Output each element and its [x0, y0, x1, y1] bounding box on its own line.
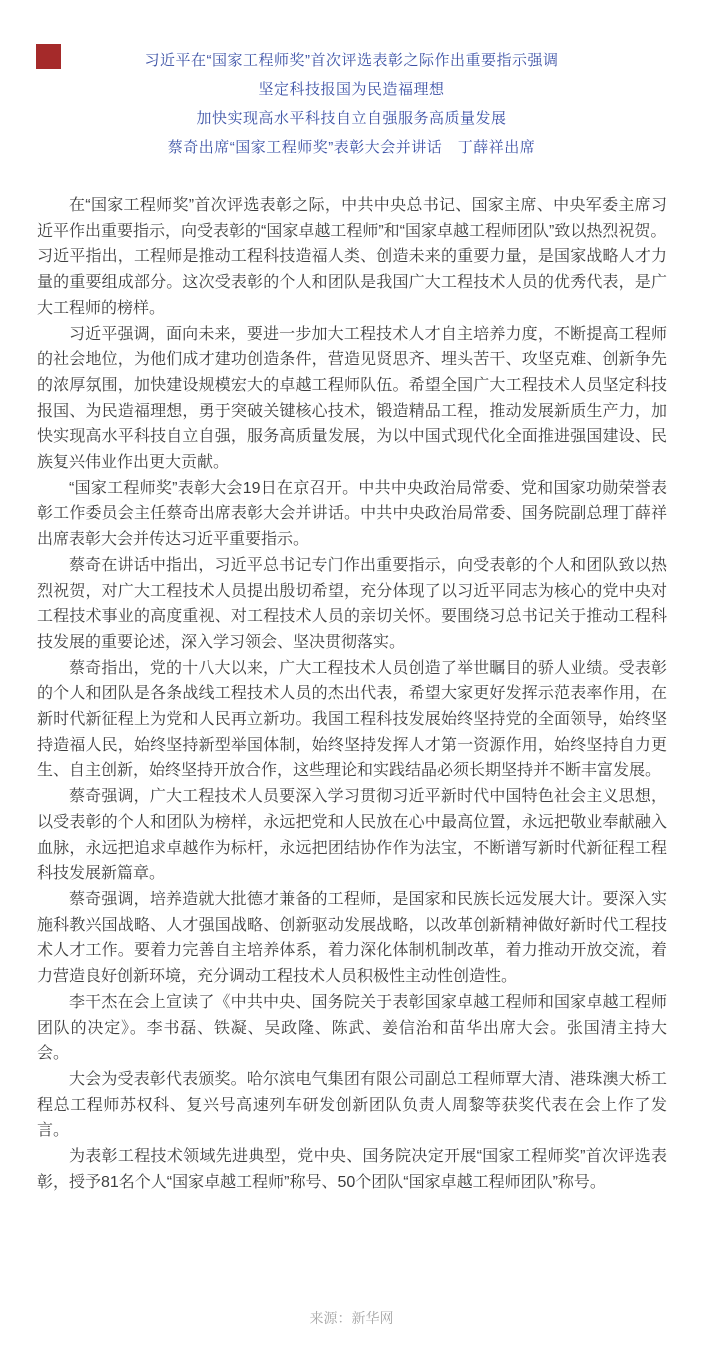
title-line-4: 蔡奇出席“国家工程师奖”表彰大会并讲话 丁薛祥出席 — [0, 133, 703, 162]
article-title: 习近平在“国家工程师奖”首次评选表彰之际作出重要指示强调 坚定科技报国为民造福理… — [0, 0, 703, 162]
paragraph-8: 蔡奇强调，培养造就大批德才兼备的工程师，是国家和民族长远发展大计。要深入实施科教… — [37, 887, 667, 990]
paragraph-1: 在“国家工程师奖”首次评选表彰之际，中共中央总书记、国家主席、中央军委主席习近平… — [37, 193, 667, 244]
article-page: 习近平在“国家工程师奖”首次评选表彰之际作出重要指示强调 坚定科技报国为民造福理… — [0, 0, 703, 1361]
article-body: 在“国家工程师奖”首次评选表彰之际，中共中央总书记、国家主席、中央军委主席习近平… — [0, 193, 703, 1195]
source-label: 来源：新华网 — [310, 1310, 394, 1326]
title-line-3: 加快实现高水平科技自立自强服务高质量发展 — [0, 104, 703, 133]
paragraph-7: 蔡奇强调，广大工程技术人员要深入学习贯彻习近平新时代中国特色社会主义思想，以受表… — [37, 784, 667, 887]
paragraph-3: 习近平强调，面向未来，要进一步加大工程技术人才自主培养力度，不断提高工程师的社会… — [37, 322, 667, 476]
article-source: 来源：新华网 — [0, 1308, 703, 1328]
paragraph-5: 蔡奇在讲话中指出，习近平总书记专门作出重要指示，向受表彰的个人和团队致以热烈祝贺… — [37, 553, 667, 656]
paragraph-9: 李干杰在会上宣读了《中共中央、国务院关于表彰国家卓越工程师和国家卓越工程师团队的… — [37, 990, 667, 1067]
red-square-marker — [36, 44, 61, 69]
paragraph-6: 蔡奇指出，党的十八大以来，广大工程技术人员创造了举世瞩目的骄人业绩。受表彰的个人… — [37, 656, 667, 785]
paragraph-2: 习近平指出，工程师是推动工程科技造福人类、创造未来的重要力量，是国家战略人才力量… — [37, 244, 667, 321]
paragraph-4: “国家工程师奖”表彰大会19日在京召开。中共中央政治局常委、党和国家功勋荣誉表彰… — [37, 476, 667, 553]
title-line-2: 坚定科技报国为民造福理想 — [0, 75, 703, 104]
paragraph-11: 为表彰工程技术领域先进典型，党中央、国务院决定开展“国家工程师奖”首次评选表彰，… — [37, 1144, 667, 1195]
title-line-1: 习近平在“国家工程师奖”首次评选表彰之际作出重要指示强调 — [0, 46, 703, 75]
paragraph-10: 大会为受表彰代表颁奖。哈尔滨电气集团有限公司副总工程师覃大清、港珠澳大桥工程总工… — [37, 1067, 667, 1144]
